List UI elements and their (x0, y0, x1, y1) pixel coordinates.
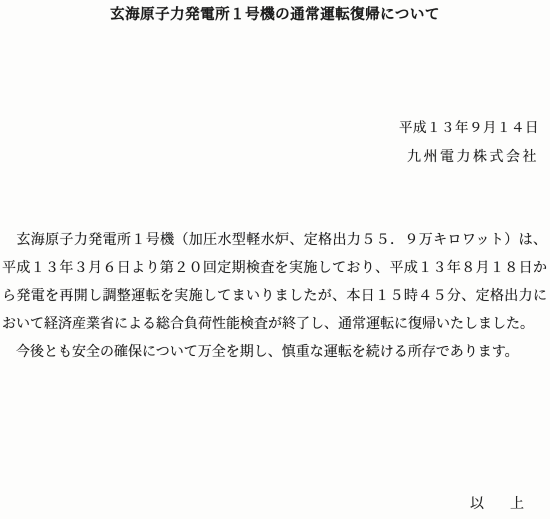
company-name: 九州電力株式会社 (407, 146, 539, 166)
body-paragraph-2: 今後とも安全の確保について万全を期し、慎重な運転を続ける所存であります。 (2, 338, 547, 366)
body-paragraph-1: 玄海原子力発電所１号機（加圧水型軽水炉、定格出力５５．９万キロワット）は、平成１… (2, 226, 547, 338)
closing-mark: 以 上 (470, 493, 530, 513)
document-title: 玄海原子力発電所１号機の通常運転復帰について (0, 3, 550, 24)
document-date: 平成１３年９月１４日 (399, 116, 539, 136)
document-page: 玄海原子力発電所１号機の通常運転復帰について 平成１３年９月１４日 九州電力株式… (0, 0, 550, 519)
document-body: 玄海原子力発電所１号機（加圧水型軽水炉、定格出力５５．９万キロワット）は、平成１… (2, 226, 547, 366)
